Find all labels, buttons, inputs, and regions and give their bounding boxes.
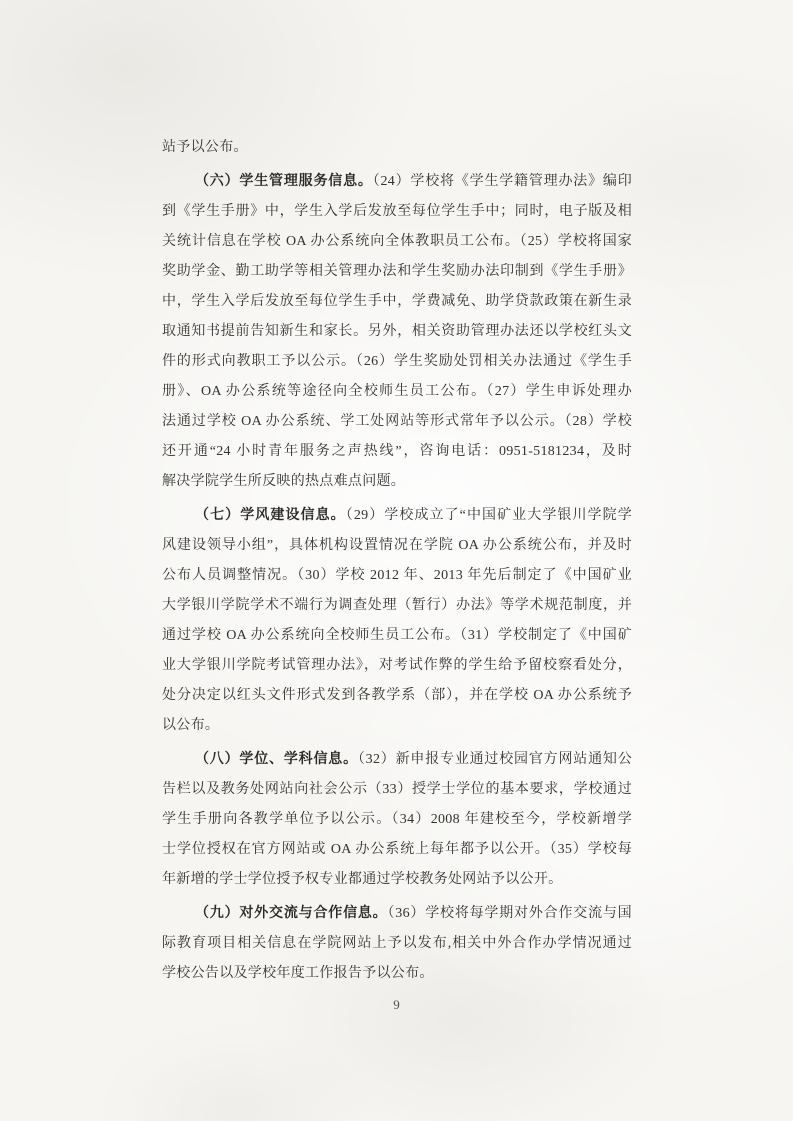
section-heading: （七）学风建设信息。 (195, 508, 346, 523)
text-line: 士学位授权在官方网站或 OA 办公系统上每年都予以公开。（35）学校每 (162, 835, 632, 865)
line-text: 件的形式向教职工予以公示。（26）学生奖励处罚相关办法通过《学生手 (162, 354, 632, 369)
line-text: （24）学校将《学生学籍管理办法》编印 (373, 174, 632, 189)
line-text: 法通过学校 OA 办公系统、学工处网站等形式常年予以公示。（28）学校 (162, 414, 632, 429)
text-line: （七）学风建设信息。（29）学校成立了“中国矿业大学银川学院学 (162, 501, 632, 531)
line-text: （36）学校将每学期对外合作交流与国 (387, 906, 632, 921)
paragraph-continuation: 站予以公布。 (162, 133, 632, 163)
section-heading: （六）学生管理服务信息。 (195, 174, 373, 189)
line-text: 册》、OA 办公系统等途径向全校师生员工公布。（27）学生申诉处理办 (162, 384, 632, 399)
text-line: 通过学校 OA 办公系统向全校师生员工公布。（31）学校制定了《中国矿 (162, 621, 632, 651)
text-line: 关统计信息在学校 OA 办公系统向全体教职员工公布。（25）学校将国家 (162, 227, 632, 257)
line-text: 际教育项目相关信息在学院网站上予以发布,相关中外合作办学情况通过 (162, 936, 632, 951)
text-line: 学生手册向各教学单位予以公示。（34）2008 年建校至今，学校新增学 (162, 805, 632, 835)
line-text: （29）学校成立了“中国矿业大学银川学院学 (346, 508, 632, 523)
line-text: 年新增的学士学位授予权专业都通过学校教务处网站予以公开。 (162, 872, 562, 887)
text-line: 大学银川学院学术不端行为调查处理（暂行）办法》等学术规范制度，并 (162, 591, 632, 621)
line-text: 取通知书提前告知新生和家长。另外，相关资助管理办法还以学校红头文 (162, 324, 632, 339)
line-text: 以公布。 (162, 718, 219, 733)
paragraph-section-7: （七）学风建设信息。（29）学校成立了“中国矿业大学银川学院学 风建设领导小组”… (162, 501, 632, 741)
line-text: 奖助学金、勤工助学等相关管理办法和学生奖励办法印制到《学生手册》 (162, 264, 632, 279)
line-text: 学生手册向各教学单位予以公示。（34）2008 年建校至今，学校新增学 (162, 812, 632, 827)
text-line: 站予以公布。 (162, 133, 632, 163)
line-text: 通过学校 OA 办公系统向全校师生员工公布。（31）学校制定了《中国矿 (162, 628, 632, 643)
text-line: 册》、OA 办公系统等途径向全校师生员工公布。（27）学生申诉处理办 (162, 377, 632, 407)
text-line: 解决学院学生所反映的热点难点问题。 (162, 467, 632, 497)
paragraph-section-8: （八）学位、学科信息。（32）新申报专业通过校园官方网站通知公 告栏以及教务处网… (162, 745, 632, 895)
text-line: （九）对外交流与合作信息。（36）学校将每学期对外合作交流与国 (162, 899, 632, 929)
text-line: 中，学生入学后发放至每位学生手中，学费减免、助学贷款政策在新生录 (162, 287, 632, 317)
document-body: 站予以公布。 （六）学生管理服务信息。（24）学校将《学生学籍管理办法》编印 到… (162, 133, 632, 989)
text-line: 年新增的学士学位授予权专业都通过学校教务处网站予以公开。 (162, 865, 632, 895)
text-line: 处分决定以红头文件形式发到各教学系（部），并在学校 OA 办公系统予 (162, 681, 632, 711)
text-line: （八）学位、学科信息。（32）新申报专业通过校园官方网站通知公 (162, 745, 632, 775)
line-text: 到《学生手册》中，学生入学后发放至每位学生手中；同时，电子版及相 (162, 204, 632, 219)
line-text: 解决学院学生所反映的热点难点问题。 (162, 474, 405, 489)
section-heading: （九）对外交流与合作信息。 (195, 906, 387, 921)
text-line: 到《学生手册》中，学生入学后发放至每位学生手中；同时，电子版及相 (162, 197, 632, 227)
line-text: 处分决定以红头文件形式发到各教学系（部），并在学校 OA 办公系统予 (162, 688, 632, 703)
text-line: 学校公告以及学校年度工作报告予以公布。 (162, 959, 632, 989)
text-line: 法通过学校 OA 办公系统、学工处网站等形式常年予以公示。（28）学校 (162, 407, 632, 437)
text-line: 以公布。 (162, 711, 632, 741)
line-text: 中，学生入学后发放至每位学生手中，学费减免、助学贷款政策在新生录 (162, 294, 632, 309)
line-text: 风建设领导小组”，具体机构设置情况在学院 OA 办公系统公布，并及时 (162, 538, 632, 553)
text-line: （六）学生管理服务信息。（24）学校将《学生学籍管理办法》编印 (162, 167, 632, 197)
text-line: 风建设领导小组”，具体机构设置情况在学院 OA 办公系统公布，并及时 (162, 531, 632, 561)
line-text: 公布人员调整情况。（30）学校 2012 年、2013 年先后制定了《中国矿业 (162, 568, 632, 583)
paragraph-section-6: （六）学生管理服务信息。（24）学校将《学生学籍管理办法》编印 到《学生手册》中… (162, 167, 632, 497)
text-line: 际教育项目相关信息在学院网站上予以发布,相关中外合作办学情况通过 (162, 929, 632, 959)
line-text: 站予以公布。 (162, 140, 248, 155)
line-text: （32）新申报专业通过校园官方网站通知公 (358, 752, 632, 767)
text-line: 业大学银川学院考试管理办法》，对考试作弊的学生给予留校察看处分， (162, 651, 632, 681)
line-text: 业大学银川学院考试管理办法》，对考试作弊的学生给予留校察看处分， (162, 658, 632, 673)
line-text: 学校公告以及学校年度工作报告予以公布。 (162, 966, 434, 981)
line-text: 关统计信息在学校 OA 办公系统向全体教职员工公布。（25）学校将国家 (162, 234, 632, 249)
text-line: 公布人员调整情况。（30）学校 2012 年、2013 年先后制定了《中国矿业 (162, 561, 632, 591)
line-text: 大学银川学院学术不端行为调查处理（暂行）办法》等学术规范制度，并 (162, 598, 632, 613)
text-line: 告栏以及教务处网站向社会公示（33）授学士学位的基本要求，学校通过 (162, 775, 632, 805)
section-heading: （八）学位、学科信息。 (195, 752, 358, 767)
text-line: 奖助学金、勤工助学等相关管理办法和学生奖励办法印制到《学生手册》 (162, 257, 632, 287)
page-number: 9 (0, 990, 793, 1020)
text-line: 还开通“24 小时青年服务之声热线”，咨询电话：0951-5181234，及时 (162, 437, 632, 467)
text-line: 取通知书提前告知新生和家长。另外，相关资助管理办法还以学校红头文 (162, 317, 632, 347)
paragraph-section-9: （九）对外交流与合作信息。（36）学校将每学期对外合作交流与国 际教育项目相关信… (162, 899, 632, 989)
line-text: 还开通“24 小时青年服务之声热线”，咨询电话：0951-5181234，及时 (162, 444, 632, 459)
line-text: 告栏以及教务处网站向社会公示（33）授学士学位的基本要求，学校通过 (162, 782, 632, 797)
line-text: 士学位授权在官方网站或 OA 办公系统上每年都予以公开。（35）学校每 (162, 842, 632, 857)
text-line: 件的形式向教职工予以公示。（26）学生奖励处罚相关办法通过《学生手 (162, 347, 632, 377)
